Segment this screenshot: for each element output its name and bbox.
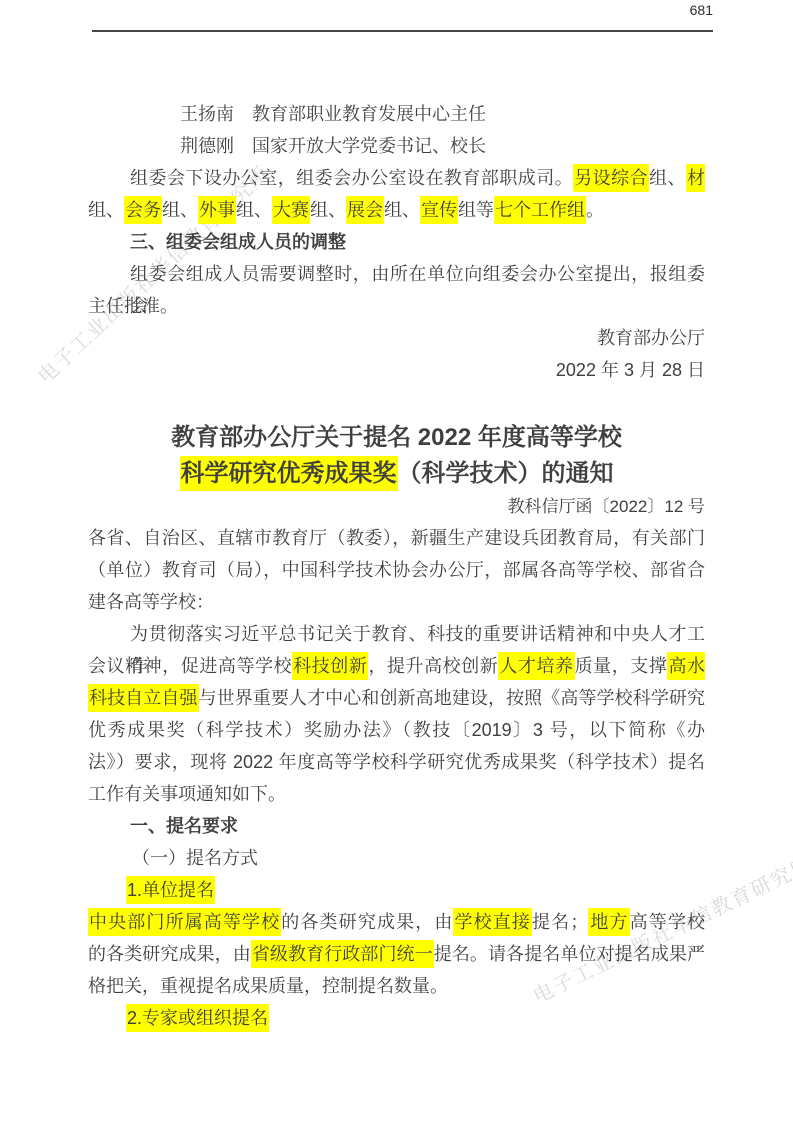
highlighted-text: 学校直接 [453, 908, 532, 936]
text-segment: 各省、自治区、直辖市教育厅（教委），新疆生产建设兵团教育局，有关部门 [88, 528, 705, 548]
notice-title-line-1: 教育部办公厅关于提名 2022 年度高等学校 [88, 420, 705, 456]
highlighted-text: 2.专家或组织提名 [126, 1004, 269, 1032]
highlighted-text: 省级教育行政部门统一 [251, 940, 434, 968]
text-segment: 组、 [384, 200, 420, 220]
issue-date-line: 2022 年 3 月 28 日 [88, 354, 705, 386]
section-heading-1: 一、提名要求 [88, 810, 705, 842]
office-setup-line-1: 组委会下设办公室，组委会办公室设在教育部职成司。另设综合组、材料 [88, 162, 705, 194]
issuer-line: 教育部办公厅 [88, 322, 705, 354]
page-number: 681 [690, 2, 713, 18]
text-segment: 组、 [649, 168, 686, 188]
item-1-line-1: 中央部门所属高等学校的各类研究成果，由学校直接提名；地方高等学校 [88, 906, 705, 938]
text-segment: 组、 [310, 200, 346, 220]
item-1-line-3: 格把关，重视提名成果质量，控制提名数量。 [88, 970, 705, 1002]
highlighted-text: 另设综合 [573, 164, 649, 192]
document-content: 王扬南 教育部职业教育发展中心主任荆德刚 国家开放大学党委书记、校长组委会下设办… [88, 98, 705, 1034]
preamble-line-6: 工作有关事项通知如下。 [88, 778, 705, 810]
preamble-line-2: 会议精神，促进高等学校科技创新，提升高校创新人才培养质量，支撑高水平 [88, 650, 705, 682]
highlighted-text: 宣传 [420, 196, 458, 224]
text-segment: 建各高等学校： [88, 592, 214, 612]
text-segment: 优秀成果奖（科学技术）奖励办法》（教技〔2019〕3 号，以下简称《办 [88, 720, 705, 740]
text-segment: 组、 [236, 200, 272, 220]
section-heading-3: 三、组委会组成人员的调整 [88, 226, 705, 258]
adjustment-line-2: 主任批准。 [88, 290, 705, 322]
text-segment: 组、 [162, 200, 198, 220]
addressee-line-2: （单位）教育司（局），中国科学技术协会办公厅，部属各高等学校、部省合 [88, 554, 705, 586]
text-segment: 提名。请各提名单位对提名成果严 [434, 944, 705, 964]
header-rule [92, 30, 713, 32]
highlighted-text: 地方 [588, 908, 629, 936]
highlighted-text: 科技自立自强 [88, 684, 199, 712]
appointee-line-1: 王扬南 教育部职业教育发展中心主任 [88, 98, 705, 130]
text-segment: 教育部办公厅 [597, 328, 705, 348]
text-segment: 组委会下设办公室，组委会办公室设在教育部职成司。 [130, 168, 573, 188]
text-segment: 三、组委会组成人员的调整 [130, 232, 346, 252]
item-2-heading: 2.专家或组织提名 [88, 1002, 705, 1034]
text-segment: 教育部办公厅关于提名 2022 年度高等学校 [171, 424, 622, 451]
subsection-heading-1: （一）提名方式 [88, 842, 705, 874]
text-segment: （科学技术）的通知 [398, 460, 614, 487]
document-page: 681 电子工业出版社华信教育研究所 电子工业出版社华信教育研究所 王扬南 教育… [0, 0, 793, 1122]
text-segment: 与世界重要人才中心和创新高地建设，按照《高等学校科学研究 [199, 688, 705, 708]
text-segment: 的各类研究成果，由 [88, 944, 251, 964]
text-segment: 一、提名要求 [130, 816, 238, 836]
item-1-line-2: 的各类研究成果，由省级教育行政部门统一提名。请各提名单位对提名成果严 [88, 938, 705, 970]
addressee-line-1: 各省、自治区、直辖市教育厅（教委），新疆生产建设兵团教育局，有关部门 [88, 522, 705, 554]
text-segment: 工作有关事项通知如下。 [88, 784, 286, 804]
addressee-line-3: 建各高等学校： [88, 586, 705, 618]
text-segment: 主任批准。 [88, 296, 178, 316]
highlighted-text: 七个工作组 [494, 196, 586, 224]
highlighted-text: 大赛 [272, 196, 310, 224]
highlighted-text: 外事 [198, 196, 236, 224]
office-setup-line-2: 组、会务组、外事组、大赛组、展会组、宣传组等七个工作组。 [88, 194, 705, 226]
text-segment: 教科信厅函〔2022〕12 号 [508, 497, 705, 516]
highlighted-text: 科技创新 [292, 652, 368, 680]
text-segment: ，提升高校创新 [368, 656, 498, 676]
text-segment: 王扬南 教育部职业教育发展中心主任 [180, 104, 486, 124]
text-segment: （一）提名方式 [132, 848, 258, 868]
item-1-heading: 1.单位提名 [88, 874, 705, 906]
text-segment: 的各类研究成果，由 [281, 912, 453, 932]
highlighted-text: 1.单位提名 [126, 876, 215, 904]
text-segment: 2022 年 3 月 28 日 [556, 360, 705, 380]
highlighted-text: 科学研究优秀成果奖 [180, 456, 398, 491]
preamble-line-5: 法》）要求，现将 2022 年度高等学校科学研究优秀成果奖（科学技术）提名 [88, 746, 705, 778]
adjustment-line-1: 组委会组成人员需要调整时，由所在单位向组委会办公室提出，报组委会 [88, 258, 705, 290]
appointee-line-2: 荆德刚 国家开放大学党委书记、校长 [88, 130, 705, 162]
preamble-line-3: 科技自立自强与世界重要人才中心和创新高地建设，按照《高等学校科学研究 [88, 682, 705, 714]
text-segment: 。 [586, 200, 604, 220]
text-segment: 格把关，重视提名成果质量，控制提名数量。 [88, 976, 448, 996]
text-segment: 组等 [458, 200, 494, 220]
text-segment: 组、 [88, 200, 124, 220]
highlighted-text: 展会 [346, 196, 384, 224]
notice-title-line-2: 科学研究优秀成果奖（科学技术）的通知 [88, 456, 705, 492]
text-segment: 提名； [532, 912, 588, 932]
document-number-line: 教科信厅函〔2022〕12 号 [88, 492, 705, 522]
text-segment: （单位）教育司（局），中国科学技术协会办公厅，部属各高等学校、部省合 [88, 560, 705, 580]
highlighted-text: 人才培养 [498, 652, 574, 680]
highlighted-text: 中央部门所属高等学校 [88, 908, 281, 936]
preamble-line-4: 优秀成果奖（科学技术）奖励办法》（教技〔2019〕3 号，以下简称《办 [88, 714, 705, 746]
text-segment: 质量，支撑 [575, 656, 668, 676]
text-segment: 会议精神，促进高等学校 [88, 656, 292, 676]
text-segment: 荆德刚 国家开放大学党委书记、校长 [180, 136, 486, 156]
preamble-line-1: 为贯彻落实习近平总书记关于教育、科技的重要讲话精神和中央人才工作 [88, 618, 705, 650]
text-segment: 高等学校 [630, 912, 705, 932]
highlighted-text: 会务 [124, 196, 162, 224]
text-segment: 法》）要求，现将 2022 年度高等学校科学研究优秀成果奖（科学技术）提名 [88, 752, 705, 772]
